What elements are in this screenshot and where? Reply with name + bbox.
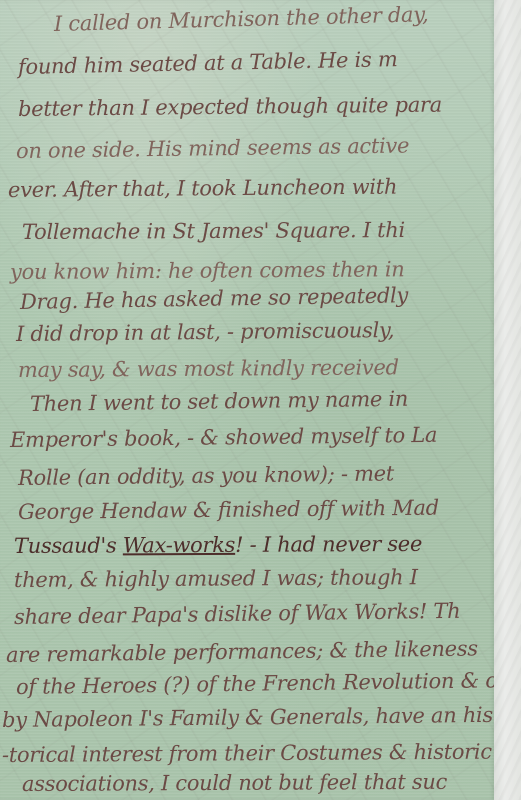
handwritten-line: Emperor's book, - & showed myself to La xyxy=(10,423,437,452)
handwritten-line: I called on Murchison the other day, xyxy=(54,2,429,36)
handwritten-line: Rolle (an oddity, as you know); - met xyxy=(18,461,394,490)
handwritten-line: I did drop in at last, - promiscuously, xyxy=(16,318,394,346)
handwritten-line: -torical interest from their Costumes & … xyxy=(2,740,492,767)
handwritten-line: them, & highly amused I was; though I xyxy=(14,565,418,592)
handwritten-line: Then I went to set down my name in xyxy=(30,387,408,416)
handwritten-line: are remarkable performances; & the liken… xyxy=(6,636,478,667)
page-edge xyxy=(494,0,521,800)
handwritten-line: share dear Papa's dislike of Wax Works! … xyxy=(14,599,461,629)
handwritten-line: you know him: he often comes then in xyxy=(10,257,405,284)
handwritten-line: George Hendaw & finished off with Mad xyxy=(18,496,439,524)
letter-scan: I called on Murchison the other day,foun… xyxy=(0,0,521,800)
handwritten-line: on one side. His mind seems as active xyxy=(16,134,409,163)
underlined-word: Wax-works xyxy=(123,533,235,558)
handwritten-line: associations, I could not but feel that … xyxy=(22,770,447,796)
handwritten-line: of the Heroes (?) of the French Revoluti… xyxy=(16,668,505,699)
handwritten-line: by Napoleon I's Family & Generals, have … xyxy=(2,703,493,732)
handwritten-line: Tollemache in St James' Square. I thi xyxy=(22,218,405,244)
handwritten-line: ever. After that, I took Luncheon with xyxy=(8,175,397,202)
handwritten-line: found him seated at a Table. He is m xyxy=(18,47,398,79)
handwritten-line: may say, & was most kindly received xyxy=(18,355,399,382)
handwritten-line: better than I expected though quite para xyxy=(18,93,442,121)
handwritten-line: Drag. He has asked me so repeatedly xyxy=(20,283,408,314)
letter-page: I called on Murchison the other day,foun… xyxy=(0,0,494,800)
handwritten-line: Tussaud's Wax-works! - I had never see xyxy=(14,532,422,558)
